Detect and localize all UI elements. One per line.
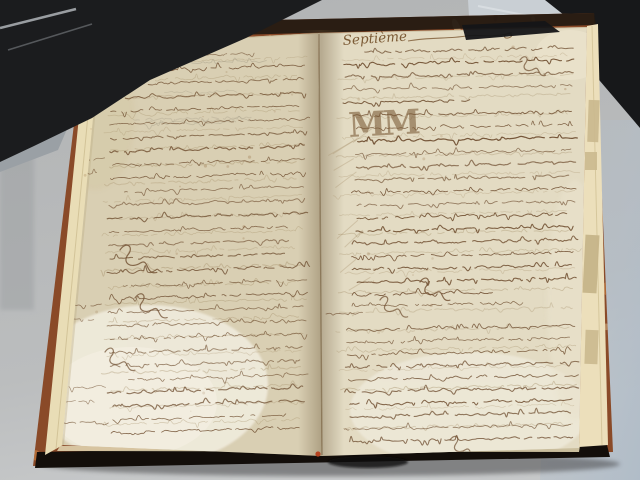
foxing-dot <box>382 60 383 61</box>
foxing-dot <box>226 165 229 168</box>
foxing-dot <box>564 88 566 90</box>
foxing-dot <box>90 128 92 130</box>
foxing-dot <box>202 392 205 395</box>
monogram-mm: MM <box>347 102 421 146</box>
foxing-dot <box>95 311 98 314</box>
foxing-dot <box>84 174 87 177</box>
foxing-dot <box>190 411 191 412</box>
foxing-dot <box>202 116 203 117</box>
bookmark-ribbon-tip <box>315 451 320 456</box>
paper-tab <box>584 330 598 364</box>
foxing-dot <box>225 71 227 73</box>
damage-stain <box>47 347 217 457</box>
foxing-dot <box>431 257 434 260</box>
foxing-dot <box>242 237 244 239</box>
paper-tab <box>587 100 599 142</box>
foxing-dot <box>373 281 374 282</box>
paper-tab <box>585 152 597 170</box>
foxing-dot <box>377 331 380 334</box>
foxing-dot <box>248 156 251 159</box>
foxing-dot <box>176 253 178 255</box>
foxing-dot <box>422 157 425 160</box>
foxing-dot <box>440 135 443 138</box>
manuscript-photo: Sixième Septième MM <box>0 0 640 480</box>
manuscript-photo-scene: Sixième Septième MM <box>0 0 640 480</box>
bottom-shadow-blob <box>328 456 408 468</box>
foxing-dot <box>412 274 414 276</box>
foxing-dot <box>179 186 181 188</box>
